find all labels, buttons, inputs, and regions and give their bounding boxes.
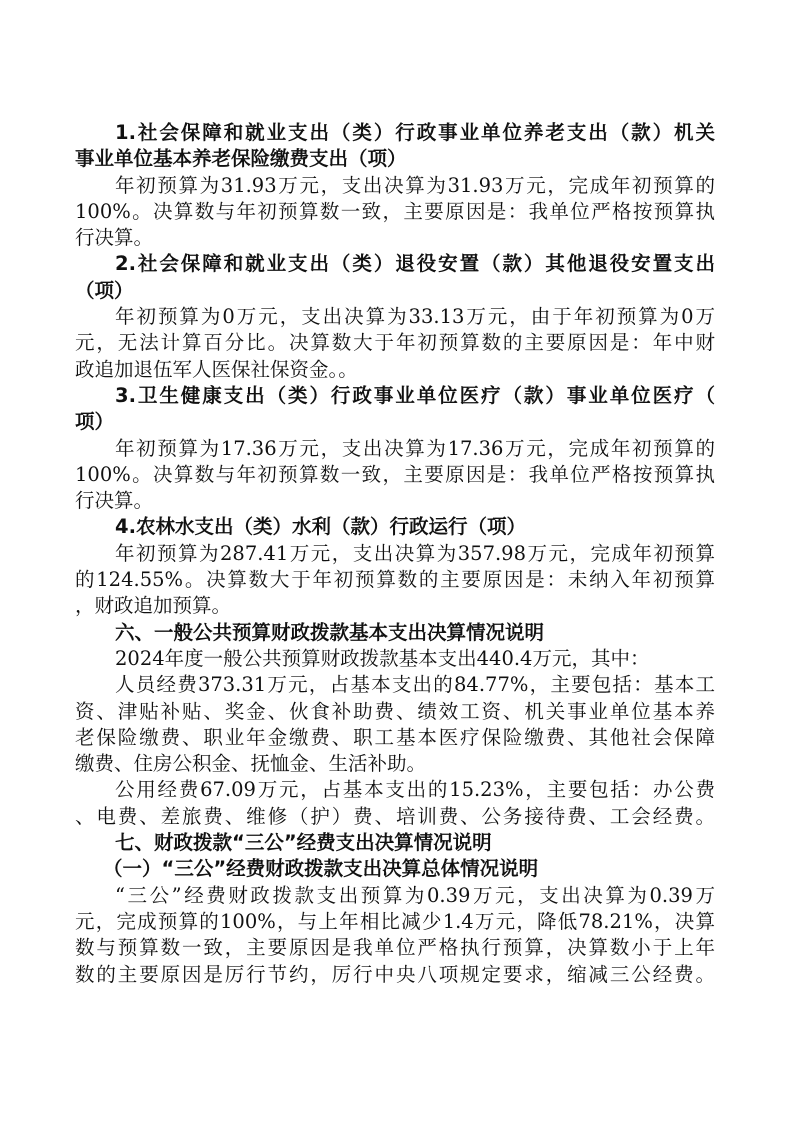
heading-line: 六、一般公共预算财政拨款基本支出决算情况说明	[75, 620, 715, 646]
body-line: 元，无法计算百分比。决算数大于年初预算数的主要原因是：年中财	[75, 330, 715, 356]
item1-heading: 1.社会保障和就业支出（类）行政事业单位养老支出（款）机关 事业单位基本养老保险…	[75, 120, 715, 173]
heading-line: 事业单位基本养老保险缴费支出（项）	[75, 146, 715, 172]
body-line: 的124.55%。决算数大于年初预算数的主要原因是：未纳入年初预算	[75, 567, 715, 593]
section7-sub1-body: “三公”经费财政拨款支出预算为0.39万元，支出决算为0.39万 元，完成预算的…	[75, 883, 715, 988]
item2-heading: 2.社会保障和就业支出（类）退役安置（款）其他退役安置支出 （项）	[75, 251, 715, 304]
body-line: 年初预算为31.93万元，支出决算为31.93万元，完成年初预算的	[75, 173, 715, 199]
item4-body: 年初预算为287.41万元，支出决算为357.98万元，完成年初预算 的124.…	[75, 541, 715, 620]
body-line: 年初预算为17.36万元，支出决算为17.36万元，完成年初预算的	[75, 436, 715, 462]
body-line: 行决算。	[75, 488, 715, 514]
body-line: 元，完成预算的100%，与上年相比减少1.4万元，降低78.21%，决算	[75, 909, 715, 935]
item4-heading: 4.农林水支出（类）水利（款）行政运行（项）	[75, 514, 715, 540]
body-line: 数与预算数一致，主要原因是我单位严格执行预算，决算数小于上年	[75, 935, 715, 961]
body-line: 资、津贴补贴、奖金、伙食补助费、绩效工资、机关事业单位基本养	[75, 699, 715, 725]
item2-body: 年初预算为0万元，支出决算为33.13万元，由于年初预算为0万 元，无法计算百分…	[75, 304, 715, 383]
document-page: 1.社会保障和就业支出（类）行政事业单位养老支出（款）机关 事业单位基本养老保险…	[75, 120, 715, 988]
heading-line: 1.社会保障和就业支出（类）行政事业单位养老支出（款）机关	[75, 120, 715, 146]
body-line: 人员经费373.31万元，占基本支出的84.77%，主要包括：基本工	[75, 672, 715, 698]
body-line: “三公”经费财政拨款支出预算为0.39万元，支出决算为0.39万	[75, 883, 715, 909]
body-line: 政追加退伍军人医保社保资金。。	[75, 357, 715, 383]
body-line: 年初预算为287.41万元，支出决算为357.98万元，完成年初预算	[75, 541, 715, 567]
heading-line: 4.农林水支出（类）水利（款）行政运行（项）	[75, 514, 715, 540]
section6-heading: 六、一般公共预算财政拨款基本支出决算情况说明	[75, 620, 715, 646]
item3-body: 年初预算为17.36万元，支出决算为17.36万元，完成年初预算的 100%。决…	[75, 436, 715, 515]
section6-intro: 2024年度一般公共预算财政拨款基本支出440.4万元，其中：	[75, 646, 715, 672]
section7-heading: 七、财政拨款“三公”经费支出决算情况说明	[75, 830, 715, 856]
body-line: 2024年度一般公共预算财政拨款基本支出440.4万元，其中：	[75, 646, 715, 672]
heading-line: 项）	[75, 409, 715, 435]
section6-public: 公用经费67.09万元，占基本支出的15.23%，主要包括：办公费 、电费、差旅…	[75, 777, 715, 830]
body-line: ，财政追加预算。	[75, 593, 715, 619]
heading-line: 3.卫生健康支出（类）行政事业单位医疗（款）事业单位医疗（	[75, 383, 715, 409]
item3-heading: 3.卫生健康支出（类）行政事业单位医疗（款）事业单位医疗（ 项）	[75, 383, 715, 436]
body-line: 100%。决算数与年初预算数一致，主要原因是：我单位严格按预算执	[75, 199, 715, 225]
heading-line: （项）	[75, 278, 715, 304]
body-line: 100%。决算数与年初预算数一致，主要原因是：我单位严格按预算执	[75, 462, 715, 488]
item1-body: 年初预算为31.93万元，支出决算为31.93万元，完成年初预算的 100%。决…	[75, 173, 715, 252]
body-line: 老保险缴费、职业年金缴费、职工基本医疗保险缴费、其他社会保障	[75, 725, 715, 751]
body-line: 缴费、住房公积金、抚恤金、生活补助。	[75, 751, 715, 777]
body-line: 行决算。	[75, 225, 715, 251]
heading-line: 七、财政拨款“三公”经费支出决算情况说明	[75, 830, 715, 856]
body-line: 、电费、差旅费、维修（护）费、培训费、公务接待费、工会经费。	[75, 804, 715, 830]
section6-personnel: 人员经费373.31万元，占基本支出的84.77%，主要包括：基本工 资、津贴补…	[75, 672, 715, 777]
body-line: 年初预算为0万元，支出决算为33.13万元，由于年初预算为0万	[75, 304, 715, 330]
section7-sub1-heading: （一）“三公”经费财政拨款支出决算总体情况说明	[75, 856, 715, 882]
heading-line: （一）“三公”经费财政拨款支出决算总体情况说明	[75, 856, 715, 882]
body-line: 公用经费67.09万元，占基本支出的15.23%，主要包括：办公费	[75, 777, 715, 803]
heading-line: 2.社会保障和就业支出（类）退役安置（款）其他退役安置支出	[75, 251, 715, 277]
body-line: 数的主要原因是厉行节约，厉行中央八项规定要求，缩减三公经费。	[75, 962, 715, 988]
